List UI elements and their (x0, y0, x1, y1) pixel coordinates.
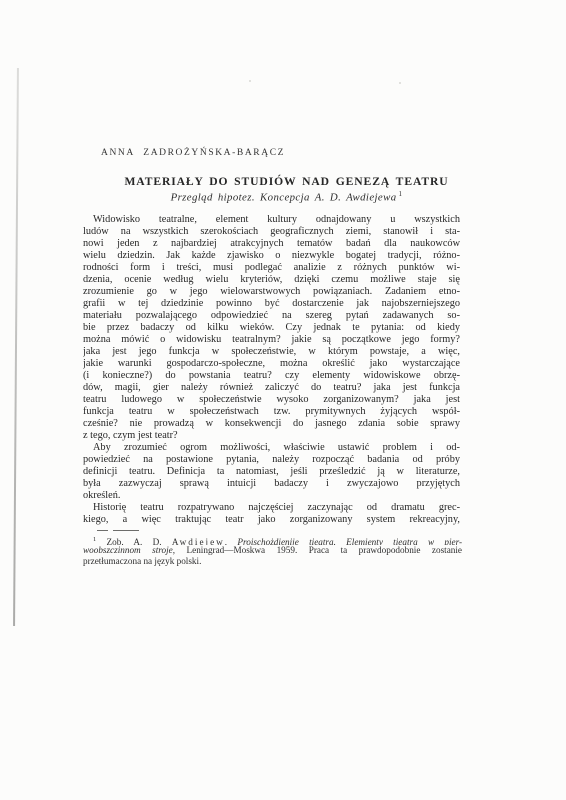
text-line: materiału pozwalającego odpowiedzieć na … (83, 310, 460, 322)
text-line: Historię teatru rozpatrywano najczęściej… (83, 502, 460, 514)
footnote-marker: 1 (93, 536, 96, 543)
article-heading: MATERIAŁY DO STUDIÓW NAD GENEZĄ TEATRU P… (83, 175, 460, 204)
footnote: 1 Zob. A. D. Awdiejew, Proischożdienije … (83, 534, 462, 567)
article-title: MATERIAŁY DO STUDIÓW NAD GENEZĄ TEATRU (113, 175, 460, 188)
text-line: określeń. (83, 490, 460, 502)
text-line: Aby zrozumieć ogrom możliwości, właściwi… (83, 442, 460, 454)
paragraph: Widowisko teatralne, element kultury odn… (83, 214, 460, 442)
body-text: Widowisko teatralne, element kultury odn… (83, 214, 460, 526)
paragraph: Historię teatru rozpatrywano najczęściej… (83, 502, 460, 526)
paragraph: Aby zrozumieć ogrom możliwości, właściwi… (83, 442, 460, 502)
footnote-line: woobszczinnom stroje, Leningrad—Moskwa 1… (83, 545, 462, 556)
footnote-text: przetłumaczona na język polski. (83, 556, 201, 566)
text-line: rodności form i treści, musi podlegać an… (83, 262, 460, 274)
text-line: powiedzieć na postawione pytania, należy… (83, 454, 460, 466)
footnote-work-title: woobszczinnom stroje, (83, 545, 175, 555)
text-line: kiego, a więc traktując teatr jako zorga… (83, 514, 460, 526)
text-line: była zazwyczaj sprawą intuicji badaczy i… (83, 478, 460, 490)
text-line: Widowisko teatralne, element kultury odn… (83, 214, 460, 226)
text-line: cześnie? nie prowadzą w konsekwencji do … (83, 418, 460, 430)
text-line: jakie warunki gospodarczo-społeczne, moż… (83, 358, 460, 370)
scan-speck (249, 80, 251, 82)
text-line: teatru ludowego w społeczeństwie wysoko … (83, 394, 460, 406)
text-line: można mówić o widowisku teatralnym? jaki… (83, 334, 460, 346)
footnote-text: , (225, 537, 227, 545)
text-line: nowi jeden z najbardziej atrakcyjnych te… (83, 238, 460, 250)
footnote-reference-marker: 1 (399, 190, 403, 198)
scan-speck (399, 82, 401, 84)
text-line: funkcja teatru w społeczeństwach tzw. pr… (83, 406, 460, 418)
text-line: definicji teatru. Definicja ta natomiast… (83, 466, 460, 478)
footnote-text: Leningrad—Moskwa 1959. Praca ta prawdopo… (187, 545, 462, 555)
text-line: dów, magii, gier należy również zaliczyć… (83, 382, 460, 394)
separator-dash (113, 530, 139, 531)
footnote-text: Zob. A. D. (107, 537, 162, 545)
text-line: z tego, czym jest teatr? (83, 430, 460, 442)
scan-edge-artifact (13, 68, 19, 626)
text-line: ludów na wszystkich szerokościach geogra… (83, 226, 460, 238)
text-line: dzenia, ocenie według wielu kryteriów, d… (83, 274, 460, 286)
article-subtitle: Przegląd hipotez. Koncepcja A. D. Awdiej… (113, 190, 460, 204)
text-line: jaka jest jego funkcja w społeczeństwie,… (83, 346, 460, 358)
footnote-line: 1 Zob. A. D. Awdiejew, Proischożdienije … (83, 534, 462, 545)
footnote-separator (97, 530, 139, 531)
footnote-line: przetłumaczona na język polski. (83, 556, 462, 567)
author-name: ANNA ZADROŻYŃSKA-BARĄCZ (101, 148, 285, 158)
text-line: grafii w tej dziedzinie powinno być dost… (83, 298, 460, 310)
subtitle-text: Przegląd hipotez. Koncepcja A. D. Awdiej… (171, 192, 397, 204)
separator-dash (97, 530, 108, 531)
text-line: wielu dziedzin. Jak każde zjawisko o nie… (83, 250, 460, 262)
footnote-work-title: Proischożdienije tieatra. Elemienty tiea… (237, 537, 462, 545)
text-line: zrozumienie go w jego wielowarstwowych p… (83, 286, 460, 298)
scanned-page: ANNA ZADROŻYŃSKA-BARĄCZ MATERIAŁY DO STU… (0, 0, 566, 800)
text-line: (i konieczne?) do powstania teatru? czy … (83, 370, 460, 382)
text-line: bie przez badaczy od kilku wieków. Czy j… (83, 322, 460, 334)
footnote-author-name: Awdiejew (172, 537, 225, 545)
